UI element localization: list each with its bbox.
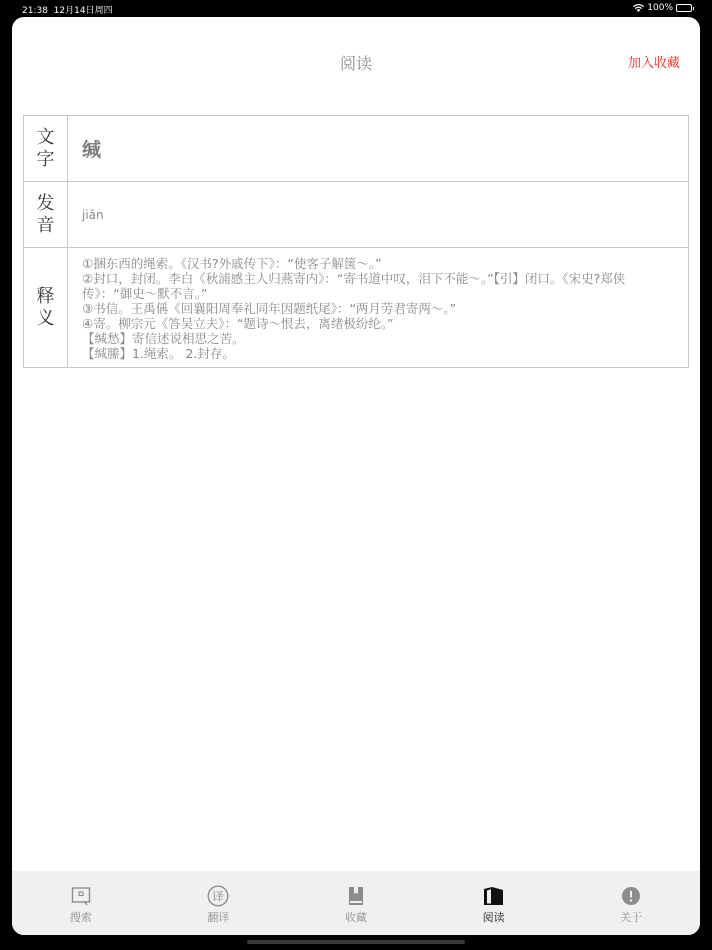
definition-line: ①捆东西的绳索。《汉书?外戚传下》：“使客子解箧～。” <box>82 256 674 271</box>
status-time: 21:38 12月14日周四 <box>22 3 113 16</box>
entry-table: 文字 缄 发音 jiān 释义 ①捆东西的绳索。《汉书?外戚传下》：“使客子解箧… <box>23 115 689 368</box>
definition-line: ②封口，封闭。李白《秋浦感主人归燕寄内》：“寄书道中叹，泪下不能～。”【引】闭口… <box>82 271 674 301</box>
tab-about[interactable]: 关于 <box>562 871 700 935</box>
row-label-pronunciation: 发音 <box>24 182 68 247</box>
tab-bar: 搜索 译 翻译 收藏 阅读 关于 <box>12 871 700 935</box>
tab-favorites[interactable]: 收藏 <box>287 871 425 935</box>
row-label-definition: 释义 <box>24 248 68 367</box>
character-value: 缄 <box>68 116 688 181</box>
svg-text:译: 译 <box>212 890 224 904</box>
tab-search[interactable]: 搜索 <box>12 871 150 935</box>
definition-line: 【缄愁】寄信述说相思之苦。 <box>82 331 674 346</box>
status-bar: 21:38 12月14日周四 100% <box>0 0 712 17</box>
definition-line: 【缄縢】1.绳索。 2.封存。 <box>82 346 674 361</box>
bookmark-icon <box>345 885 367 907</box>
info-icon <box>620 885 642 907</box>
tab-reading[interactable]: 阅读 <box>425 871 563 935</box>
definition-value: ①捆东西的绳索。《汉书?外戚传下》：“使客子解箧～。” ②封口，封闭。李白《秋浦… <box>68 248 688 367</box>
add-favorite-button[interactable]: 加入收藏 <box>628 52 680 71</box>
wifi-icon <box>633 4 644 12</box>
search-icon <box>70 885 92 907</box>
tab-translate[interactable]: 译 翻译 <box>150 871 288 935</box>
definition-line: ③书信。王禹偁《回襄阳周奉礼同年因题纸尾》：“两月劳君寄两～。” <box>82 301 674 316</box>
status-right: 100% <box>633 3 692 13</box>
tab-label: 搜索 <box>70 909 92 925</box>
translate-icon: 译 <box>207 885 229 907</box>
nav-bar: 阅读 加入收藏 <box>12 17 700 105</box>
home-indicator[interactable] <box>247 940 465 944</box>
tab-label: 收藏 <box>345 909 367 925</box>
row-pronunciation: 发音 jiān <box>24 181 688 247</box>
row-label-character: 文字 <box>24 116 68 181</box>
row-definition: 释义 ①捆东西的绳索。《汉书?外戚传下》：“使客子解箧～。” ②封口，封闭。李白… <box>24 247 688 367</box>
battery-icon <box>676 4 692 12</box>
battery-percent: 100% <box>647 3 673 13</box>
row-character: 文字 缄 <box>24 116 688 181</box>
page-title: 阅读 <box>12 51 700 74</box>
book-icon <box>483 885 505 907</box>
tab-label: 阅读 <box>483 909 505 925</box>
tab-label: 翻译 <box>207 909 229 925</box>
tab-label: 关于 <box>620 909 642 925</box>
pronunciation-value: jiān <box>68 182 688 247</box>
main-sheet: 阅读 加入收藏 文字 缄 发音 jiān 释义 ①捆东西的绳索。《汉书?外戚传下… <box>12 17 700 935</box>
definition-line: ④寄。柳宗元《答吴立夫》：“题诗～恨去，离绪极纷纶。” <box>82 316 674 331</box>
